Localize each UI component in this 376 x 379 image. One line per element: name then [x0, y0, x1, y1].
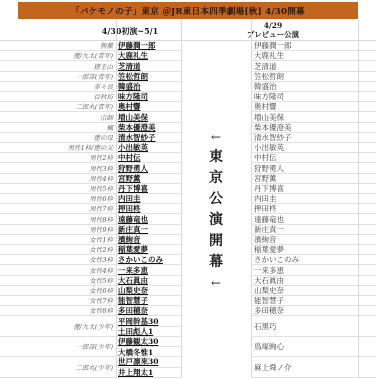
role-label: 男性4枠: [0, 174, 116, 183]
role-label: 多々良: [0, 82, 116, 91]
preview-row: 濱絢音: [251, 235, 376, 245]
role-label: 猪王山: [0, 62, 116, 71]
preview-cast-name: 石黒巧: [251, 321, 357, 332]
cast-row: 一郎彦(青年)笠松哲朗: [0, 72, 181, 82]
cast-row: 百秋坊味方隆司: [0, 92, 181, 102]
preview-row: 新庄真一: [251, 225, 376, 235]
preview-row: 柴本優澄美: [251, 123, 376, 133]
role-label: 熊徹: [0, 41, 116, 50]
cast-row: 蓮/九太(青年)大鹿礼生: [0, 51, 181, 61]
preview-cast-name: 奥村響: [251, 102, 357, 112]
title-bar: 「バケモノの子」東京 ＠JR東日本四季劇場[秋] 4/30開幕: [18, 2, 358, 19]
cast-row: 女性3枠さかいこのみ: [0, 255, 181, 265]
role-label: 男性6枠: [0, 194, 116, 203]
preview-cast-name: 稲葉愛夢: [251, 245, 357, 255]
main-cast-name: 伊藤潤一郎: [116, 41, 181, 51]
main-cast-name: 味方隆司: [116, 92, 181, 102]
cast-row: 男性7枠押田柊: [0, 204, 181, 214]
preview-cast-name: 味方隆司: [251, 92, 357, 102]
preview-cast-column: 伊藤潤一郎大鹿礼生芝清道笠松哲朗韓盛治味方隆司奥村響増山美保柴本優澄美清水智紗子…: [251, 41, 376, 378]
page-title: 「バケモノの子」東京 ＠JR東日本四季劇場[秋] 4/30開幕: [71, 5, 305, 17]
cast-row: 男性3枠狩野勇人: [0, 163, 181, 173]
main-cast-name: 笠松哲朗: [116, 72, 181, 82]
preview-row: 稲葉愛夢: [251, 245, 376, 255]
preview-cast-name: 伊藤潤一郎: [251, 41, 357, 51]
main-cast-name: 土田彪人1: [116, 326, 181, 337]
preview-cast-name: 小出敏英: [251, 143, 357, 153]
main-cast-name: 稲葉愛夢: [116, 245, 181, 255]
cast-row: 多々良韓盛治: [0, 82, 181, 92]
preview-row: 狩野勇人: [251, 163, 376, 173]
preview-cast-name: 一来多恵: [251, 265, 357, 275]
preview-row: さかいこのみ: [251, 255, 376, 265]
main-cast-name: 濱絢音: [116, 235, 181, 245]
cast-row: 女性7枠能智慧子: [0, 296, 181, 306]
preview-row: 鳥塚絢心: [251, 337, 376, 357]
role-label: 女性8枠: [0, 306, 116, 315]
main-cast-name: 平岡幹基30: [116, 316, 181, 326]
banner-vertical-text: 東京公演開幕: [209, 144, 223, 270]
role-label: 蓮の母: [0, 133, 116, 142]
main-cast-name: 内田圭: [116, 194, 181, 204]
banner-char: 京: [209, 171, 223, 186]
cast-row: 男性4枠宮野薫: [0, 174, 181, 184]
main-cast-name: 大石眞由: [116, 276, 181, 286]
banner-char: 公: [209, 192, 223, 207]
banner-char: 東: [209, 150, 223, 165]
role-label: 男性1枠/蓮の父: [0, 143, 116, 152]
role-label: 蓮/九太(少年): [0, 316, 116, 335]
preview-cast-name: 丹下博喜: [251, 184, 357, 194]
role-label: 女性3枠: [0, 255, 116, 264]
preview-cast-name: 内田圭: [251, 194, 357, 204]
main-cast-name: 狩野勇人: [116, 163, 181, 173]
cast-row: 男性6枠内田圭: [0, 194, 181, 204]
preview-row: 芝清道: [251, 61, 376, 71]
cast-row: 宗師増山美保: [0, 112, 181, 122]
preview-header-label: プレビュー公演: [203, 30, 343, 39]
preview-cast-name: 柴本優澄美: [251, 123, 357, 133]
main-cast-name: 一来多恵: [116, 265, 181, 275]
preview-cast-name: 宮野薫: [251, 174, 357, 184]
preview-row: 多田穂奈: [251, 306, 376, 316]
role-label: 男性3枠: [0, 164, 116, 173]
preview-cast-name: 芝清道: [251, 61, 357, 71]
cast-row: 女性4枠一来多恵: [0, 265, 181, 275]
main-cast-name: 丹下博喜: [116, 184, 181, 194]
role-label: 二郎丸(青年): [0, 102, 116, 111]
preview-cast-name: 新庄真一: [251, 225, 357, 235]
preview-cast-name: 山梨史奈: [251, 286, 357, 296]
preview-row: 伊藤潤一郎: [251, 41, 376, 51]
preview-row: 丹下博喜: [251, 184, 376, 194]
preview-row: 奥村響: [251, 102, 376, 112]
preview-cast-name: 清水智紗子: [251, 133, 357, 143]
cast-row: 二郎丸(青年)奥村響: [0, 102, 181, 112]
main-cast-name: さかいこのみ: [116, 255, 181, 265]
preview-row: 山梨史奈: [251, 286, 376, 296]
preview-row: 一来多恵: [251, 265, 376, 275]
preview-row: 内田圭: [251, 194, 376, 204]
cast-sheet: 「バケモノの子」東京 ＠JR東日本四季劇場[秋] 4/30開幕 4/30初演~5…: [0, 0, 376, 379]
preview-row: 宮野薫: [251, 174, 376, 184]
main-cast-name: 韓盛治: [116, 82, 181, 92]
main-cast-name: 新庄真一: [116, 225, 181, 235]
banner-char: 幕: [209, 255, 223, 270]
role-label: 一郎彦(青年): [0, 72, 116, 81]
preview-row: 遠藤竜也: [251, 214, 376, 224]
cast-row: 女性8枠多田穂奈: [0, 306, 181, 316]
banner-char: 演: [209, 213, 223, 228]
preview-row: 押田柊: [251, 204, 376, 214]
main-cast-name: 多田穂奈: [116, 306, 181, 316]
child-cast-row: 一郎彦(少年)伊藤観太30大橋冬惟1: [0, 337, 181, 357]
cast-row: 猪王山芝清道: [0, 61, 181, 71]
role-label: 百秋坊: [0, 92, 116, 101]
preview-row: 味方隆司: [251, 92, 376, 102]
preview-header-date: 4/29: [203, 21, 343, 30]
preview-row: 清水智紗子: [251, 133, 376, 143]
role-label: 男性9枠: [0, 225, 116, 234]
preview-row: 小出敏英: [251, 143, 376, 153]
role-label: 二郎丸(少年): [0, 357, 116, 376]
main-cast-name: 大橋冬惟1: [116, 347, 181, 358]
role-label: 蓮/九太(青年): [0, 51, 116, 60]
main-cast-name: 大鹿礼生: [116, 51, 181, 61]
preview-row: 中村伝: [251, 153, 376, 163]
cast-row: 男性2枠中村伝: [0, 153, 181, 163]
preview-cast-name: 多田穂奈: [251, 306, 357, 316]
preview-row: 石黒巧: [251, 316, 376, 336]
main-cast-name: 奥村響: [116, 102, 181, 112]
table-header-band: 4/30初演~5/1 4/29 プレビュー公演: [0, 19, 376, 41]
child-cast-row: 二郎丸(少年)世戸凛來30井上翔太1: [0, 357, 181, 377]
main-cast-name: 井上翔太1: [116, 367, 181, 378]
preview-cast-name: 鳥塚絢心: [251, 341, 357, 352]
cast-row: 蓮の母清水智紗子: [0, 133, 181, 143]
role-label: 宗師: [0, 113, 116, 122]
preview-row: 笠松哲朗: [251, 72, 376, 82]
preview-cast-name: 能智慧子: [251, 296, 357, 306]
cast-row: 男性9枠新庄真一: [0, 225, 181, 235]
banner-char: 開: [209, 234, 223, 249]
preview-cast-name: 大石眞由: [251, 276, 357, 286]
left-arrow-icon: ←: [211, 131, 221, 144]
preview-cast-name: 大鹿礼生: [251, 51, 357, 61]
preview-row: 韓盛治: [251, 82, 376, 92]
main-cast-name: 中村伝: [116, 153, 181, 163]
preview-cast-name: 笠松哲朗: [251, 72, 357, 82]
preview-row: 大石眞由: [251, 276, 376, 286]
main-cast-name: 能智慧子: [116, 296, 181, 306]
preview-row: 大鹿礼生: [251, 51, 376, 61]
main-cast-name: 清水智紗子: [116, 133, 181, 143]
role-label: 一郎彦(少年): [0, 337, 116, 356]
main-cast-name: 山梨史奈: [116, 286, 181, 296]
preview-cast-name: 韓盛治: [251, 82, 357, 92]
preview-cast-name: 押田柊: [251, 204, 357, 214]
cast-row: 男性8枠遠藤竜也: [0, 214, 181, 224]
main-cast-name: 増山美保: [116, 112, 181, 122]
main-cast-name: 柴本優澄美: [116, 123, 181, 133]
cast-row: 女性5枠大石眞由: [0, 276, 181, 286]
main-cast-name: 小出敏英: [116, 143, 181, 153]
role-label: 女性1枠: [0, 235, 116, 244]
child-cast-row: 蓮/九太(少年)平岡幹基30土田彪人1: [0, 316, 181, 336]
center-banner: ← 東京公演開幕 ←: [182, 41, 250, 378]
preview-cast-name: 濱絢音: [251, 235, 357, 245]
preview-cast-name: 遠藤竜也: [251, 214, 357, 224]
main-performance-header: 4/30初演~5/1: [60, 26, 200, 37]
preview-cast-name: さかいこのみ: [251, 255, 357, 265]
main-cast-name: 宮野薫: [116, 174, 181, 184]
preview-cast-name: 狩野勇人: [251, 163, 357, 173]
preview-cast-name: 中村伝: [251, 153, 357, 163]
preview-cast-name: 増山美保: [251, 112, 357, 122]
cast-row: 女性2枠稲葉愛夢: [0, 245, 181, 255]
role-label: 女性5枠: [0, 276, 116, 285]
cast-row: 男性1枠/蓮の父小出敏英: [0, 143, 181, 153]
cast-row: 女性1枠濱絢音: [0, 235, 181, 245]
preview-performance-header: 4/29 プレビュー公演: [203, 21, 343, 39]
main-cast-column: 熊徹伊藤潤一郎蓮/九太(青年)大鹿礼生猪王山芝清道一郎彦(青年)笠松哲朗多々良韓…: [0, 41, 181, 378]
role-label: 男性5枠: [0, 184, 116, 193]
left-arrow-icon: ←: [211, 277, 221, 290]
cast-row: 熊徹伊藤潤一郎: [0, 41, 181, 51]
preview-row: 麻上舜ノ介: [251, 357, 376, 377]
main-cast-name: 芝清道: [116, 61, 181, 71]
main-cast-name: 押田柊: [116, 204, 181, 214]
main-cast-name: 遠藤竜也: [116, 214, 181, 224]
role-label: 女性6枠: [0, 286, 116, 295]
preview-row: 能智慧子: [251, 296, 376, 306]
role-label: 女性7枠: [0, 296, 116, 305]
role-label: 楓: [0, 123, 116, 132]
main-cast-name: 世戸凛來30: [116, 357, 181, 367]
role-label: 男性8枠: [0, 215, 116, 224]
preview-cast-name: 麻上舜ノ介: [251, 362, 357, 373]
cast-row: 男性5枠丹下博喜: [0, 184, 181, 194]
role-label: 男性2枠: [0, 153, 116, 162]
cast-row: 楓柴本優澄美: [0, 123, 181, 133]
main-cast-name: 伊藤観太30: [116, 337, 181, 347]
role-label: 女性4枠: [0, 266, 116, 275]
role-label: 女性2枠: [0, 245, 116, 254]
cast-row: 女性6枠山梨史奈: [0, 286, 181, 296]
role-label: 男性7枠: [0, 204, 116, 213]
preview-row: 増山美保: [251, 112, 376, 122]
